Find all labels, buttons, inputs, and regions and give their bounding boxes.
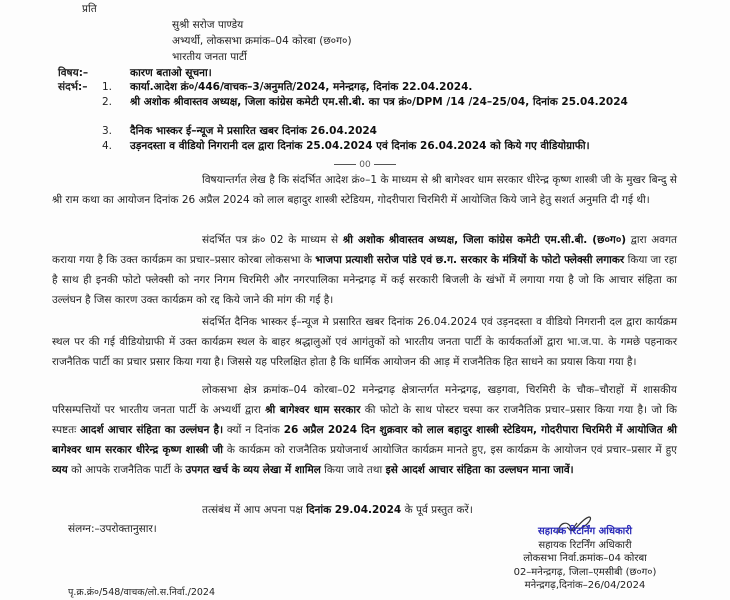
signatory-district: 02–मनेन्द्रगढ़, जिला–एमसीबी (छ०ग०) (475, 566, 695, 580)
reference-item: 4. उड़नदस्ता व वीडियो निगरानी दल द्वारा … (58, 139, 678, 154)
paragraph-text-run: के पूर्व प्रस्तुत करें। (401, 504, 473, 516)
reference-text: उड़नदस्ता व वीडियो निगरानी दल द्वारा दिन… (130, 139, 678, 154)
body-paragraph-2: संदर्भित पत्र क्रं० 02 के माध्यम से श्री… (52, 230, 677, 310)
notice-document: प्रति सुश्री सरोज पाण्डेय अभ्यर्थी, लोकस… (0, 0, 730, 600)
reference-number: 4. (58, 139, 130, 154)
body-paragraph-3: संदर्भित दैनिक भास्कर ई–न्यूज मे प्रसारि… (52, 312, 677, 372)
reference-item: 1. कार्या.आदेश क्रं०/446/वाचक–3/अनुमति/2… (58, 80, 678, 95)
reference-text: कार्या.आदेश क्रं०/446/वाचक–3/अनुमति/2024… (130, 80, 678, 95)
reference-number: 2. (58, 95, 130, 110)
paragraph-text-run: व्यय (52, 464, 68, 476)
paragraph-text-run: दिनांक 29.04.2024 (306, 504, 401, 516)
paragraph-text-run: संदर्भित दैनिक भास्कर ई–न्यूज मे प्रसारि… (52, 316, 677, 368)
paragraph-text-run: श्री बागेश्वर धाम सरकार (265, 404, 360, 416)
paragraph-text-run: किया जावे तथा (321, 464, 386, 476)
paragraph-text-run: इसे आदर्श आचार संहिता का उल्लघन माना जाव… (386, 464, 574, 476)
subject-label: विषय:– (58, 66, 88, 81)
subject-text: कारण बताओ सूचना। (130, 66, 212, 81)
paragraph-text-run: श्री अशोक श्रीवास्तव अध्यक्ष, जिला कांग्… (343, 234, 626, 246)
signatory-title: सहायक रिटर्निंग अधिकारी (475, 539, 695, 553)
enclosure-note: संलग्न:–उपरोक्तानुसार। (68, 522, 157, 537)
paragraph-text-run: सशर्त अनुमति दी गई थी। (551, 194, 650, 206)
signatory-constituency: लोकसभा निर्वा.क्रमांक–04 कोरबा (475, 552, 695, 566)
body-paragraph-1: विषयान्तर्गत लेख है कि संदर्भित आदेश क्र… (52, 170, 677, 210)
reference-number: 3. (58, 124, 130, 139)
signatory-place-date: मनेन्द्रगढ़,दिनांक–26/04/2024 (475, 579, 695, 593)
paragraph-text-run: भाजपा प्रत्याशी सरोज पांडे एवं छ.ग. सरका… (315, 254, 624, 266)
paragraph-text-run: तत्संबंध में आप अपना पक्ष (202, 504, 306, 516)
reference-number: 1. (58, 80, 130, 95)
paragraph-text-run: संदर्भित पत्र क्रं० 02 के माध्यम से (202, 234, 343, 246)
body-paragraph-4: लोकसभा क्षेत्र क्रमांक–04 कोरबा–02 मनेन्… (52, 380, 677, 480)
endorsement-number: पृ.क्र.क्रं०/548/वाचक/लो.स.निर्वा./2024 (68, 586, 215, 600)
paragraph-text-run: आदर्श आचार संहिता का उल्लंघन है। (80, 424, 223, 436)
paragraph-text-run: विषयान्तर्गत लेख है कि संदर्भित आदेश क्र… (202, 174, 431, 186)
recipient-name: सुश्री सरोज पाण्डेय (172, 18, 243, 33)
recipient-designation: अभ्यर्थी, लोकसभा क्रमांक–04 कोरबा (छ०ग०) (172, 34, 352, 49)
reference-text: दैनिक भास्कर ई–न्यूज मे प्रसारित खबर दिन… (130, 124, 678, 139)
paragraph-text-run: को आपके राजनैतिक पार्टी के (68, 464, 186, 476)
reference-text: श्री अशोक श्रीवास्तव अध्यक्ष, जिला कांग्… (130, 95, 678, 110)
paragraph-text-run: क्यों न दिनांक (223, 424, 284, 436)
reference-item: 3. दैनिक भास्कर ई–न्यूज मे प्रसारित खबर … (58, 124, 678, 139)
salutation-to: प्रति (82, 2, 97, 17)
reference-item: 2. श्री अशोक श्रीवास्तव अध्यक्ष, जिला का… (58, 95, 678, 110)
recipient-party: भारतीय जनता पार्टी (172, 50, 247, 65)
officer-stamp: सहायक रिटर्निंग अधिकारी (475, 525, 695, 539)
paragraph-text-run: उपगत खर्च के व्यय लेखा में शामिल (186, 464, 321, 476)
signature-block: सहायक रिटर्निंग अधिकारी सहायक रिटर्निंग … (475, 525, 695, 593)
paragraph-text-run: के कार्यक्रम को राजनैतिक प्रयोजनार्थ आयो… (223, 444, 677, 456)
